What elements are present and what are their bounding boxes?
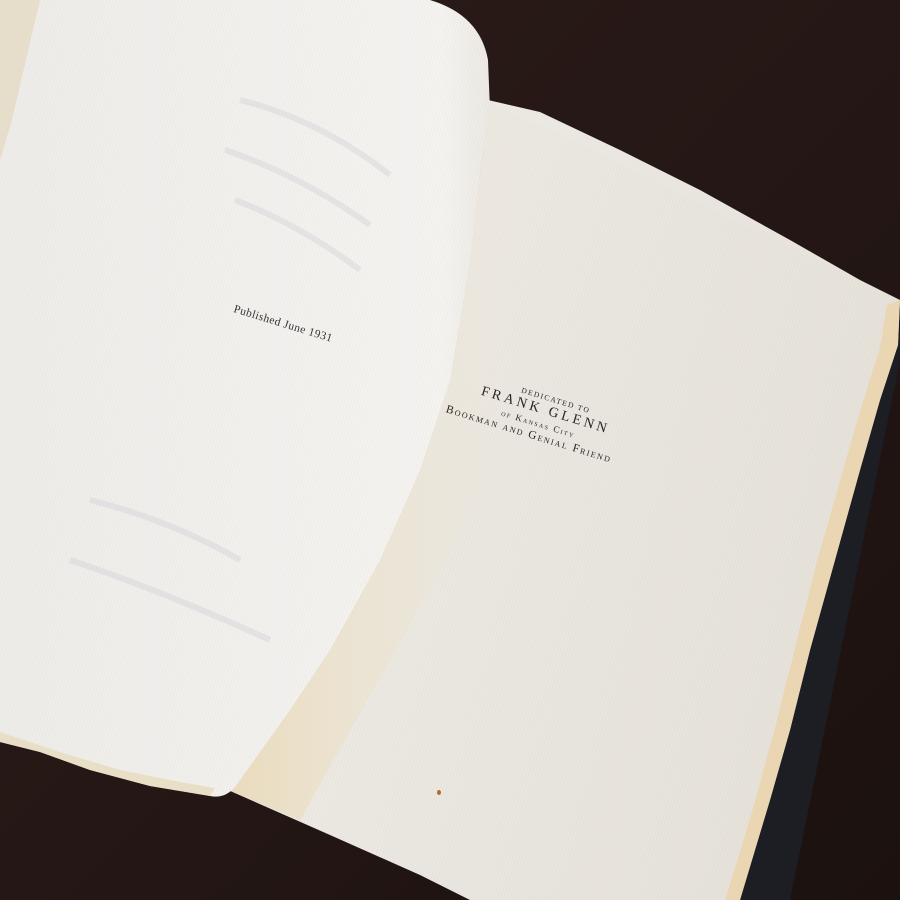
book-photo-scene xyxy=(0,0,900,900)
foxing-spot xyxy=(437,790,441,795)
